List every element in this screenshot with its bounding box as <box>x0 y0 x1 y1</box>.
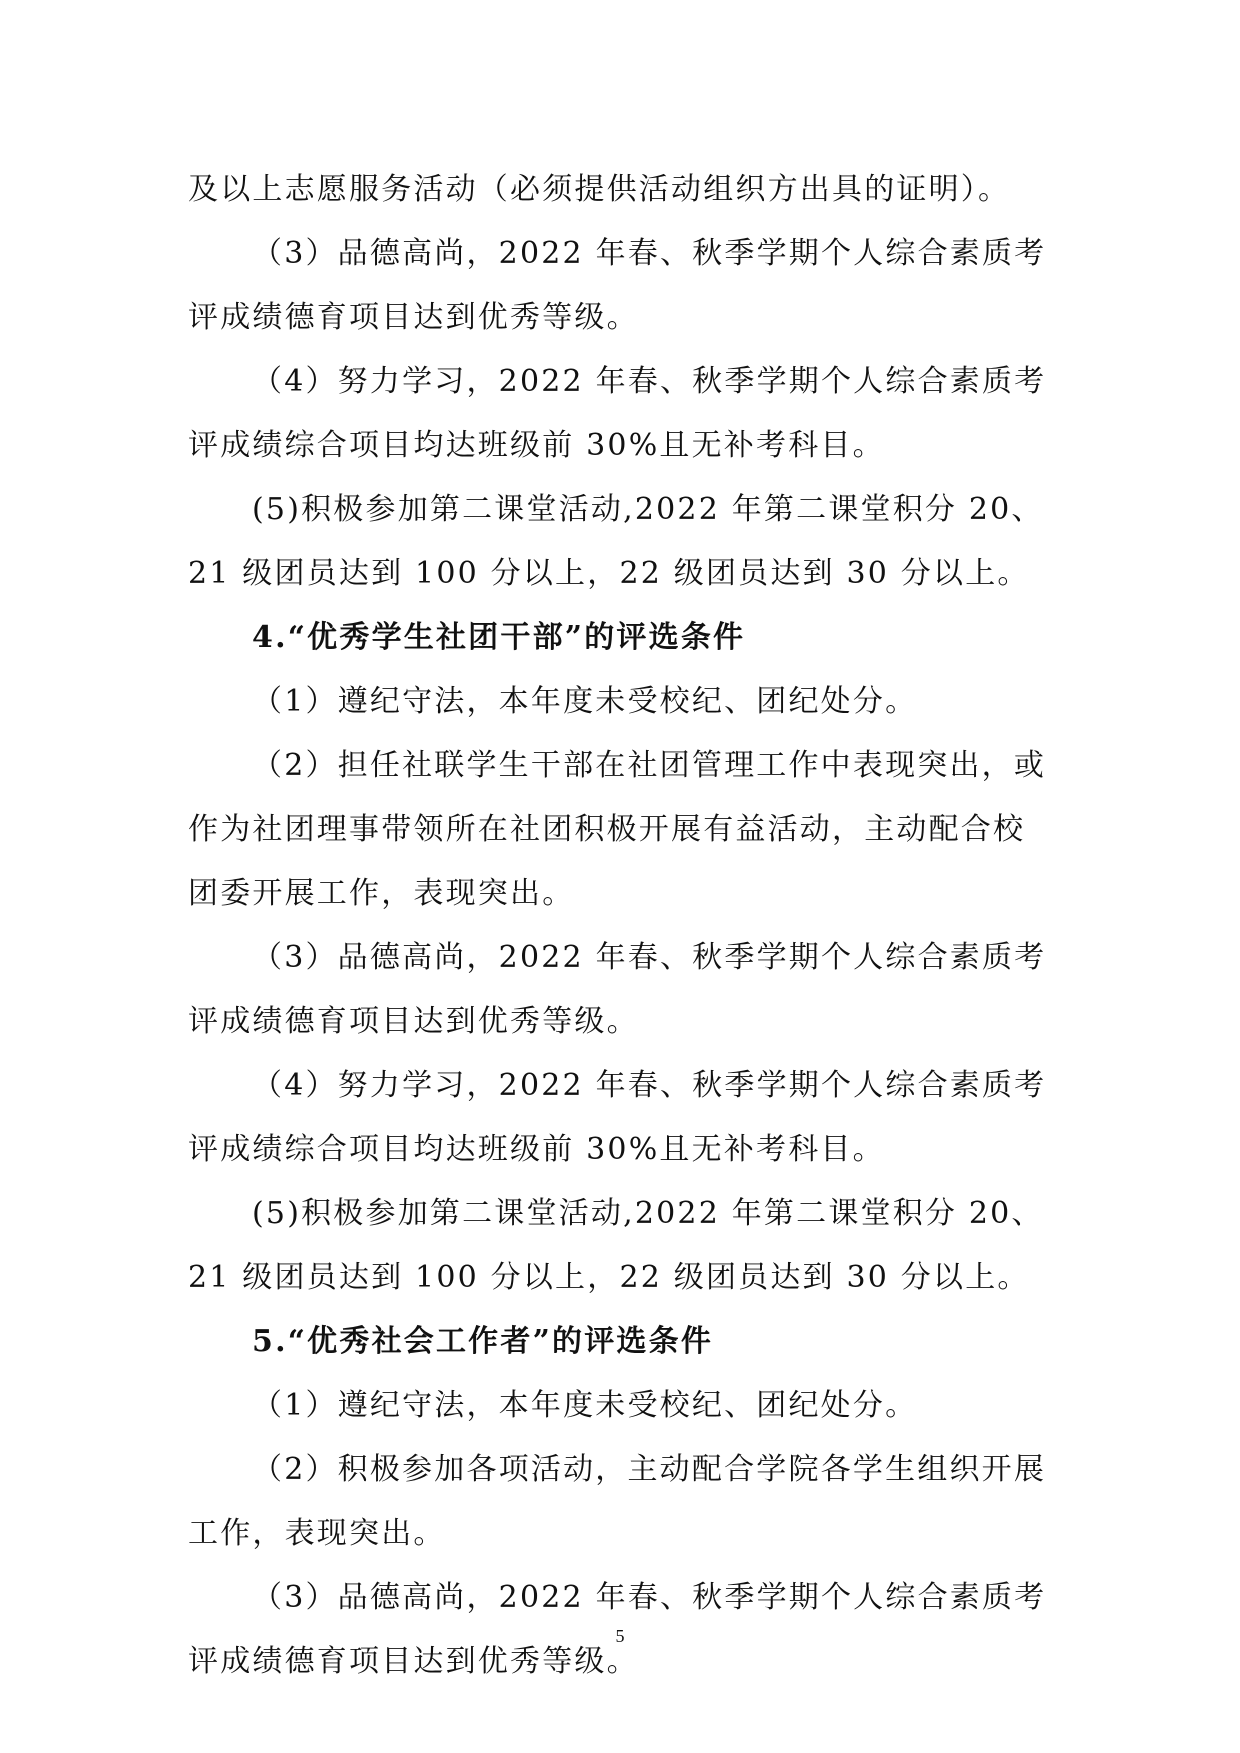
paragraph-line: 工作，表现突出。 <box>188 1502 1054 1566</box>
paragraph-line: （4）努力学习，2022 年春、秋季学期个人综合素质考 <box>188 1054 1054 1118</box>
paragraph-line: 评成绩综合项目均达班级前 30%且无补考科目。 <box>188 1118 1054 1182</box>
paragraph-line: 评成绩综合项目均达班级前 30%且无补考科目。 <box>188 414 1054 478</box>
paragraph-line: (5)积极参加第二课堂活动,2022 年第二课堂积分 20、 <box>188 1182 1054 1246</box>
paragraph-line: 21 级团员达到 100 分以上，22 级团员达到 30 分以上。 <box>188 1246 1054 1310</box>
paragraph-line: (5)积极参加第二课堂活动,2022 年第二课堂积分 20、 <box>188 478 1054 542</box>
paragraph-line: （4）努力学习，2022 年春、秋季学期个人综合素质考 <box>188 350 1054 414</box>
paragraph-line: 及以上志愿服务活动（必须提供活动组织方出具的证明）。 <box>188 158 1054 222</box>
section-heading: 4.“优秀学生社团干部”的评选条件 <box>188 606 1054 670</box>
page-number: 5 <box>0 1626 1240 1647</box>
paragraph-line: （2）积极参加各项活动，主动配合学院各学生组织开展 <box>188 1438 1054 1502</box>
paragraph-line: （3）品德高尚，2022 年春、秋季学期个人综合素质考 <box>188 222 1054 286</box>
paragraph-line: 21 级团员达到 100 分以上，22 级团员达到 30 分以上。 <box>188 542 1054 606</box>
paragraph-line: （1）遵纪守法，本年度未受校纪、团纪处分。 <box>188 670 1054 734</box>
document-body: 及以上志愿服务活动（必须提供活动组织方出具的证明）。 （3）品德高尚，2022 … <box>188 158 1054 1694</box>
paragraph-line: （3）品德高尚，2022 年春、秋季学期个人综合素质考 <box>188 926 1054 990</box>
paragraph-line: （3）品德高尚，2022 年春、秋季学期个人综合素质考 <box>188 1566 1054 1630</box>
paragraph-line: 作为社团理事带领所在社团积极开展有益活动，主动配合校 <box>188 798 1054 862</box>
section-heading: 5.“优秀社会工作者”的评选条件 <box>188 1310 1054 1374</box>
paragraph-line: （2）担任社联学生干部在社团管理工作中表现突出，或 <box>188 734 1054 798</box>
paragraph-line: （1）遵纪守法，本年度未受校纪、团纪处分。 <box>188 1374 1054 1438</box>
paragraph-line: 团委开展工作，表现突出。 <box>188 862 1054 926</box>
paragraph-line: 评成绩德育项目达到优秀等级。 <box>188 286 1054 350</box>
paragraph-line: 评成绩德育项目达到优秀等级。 <box>188 990 1054 1054</box>
